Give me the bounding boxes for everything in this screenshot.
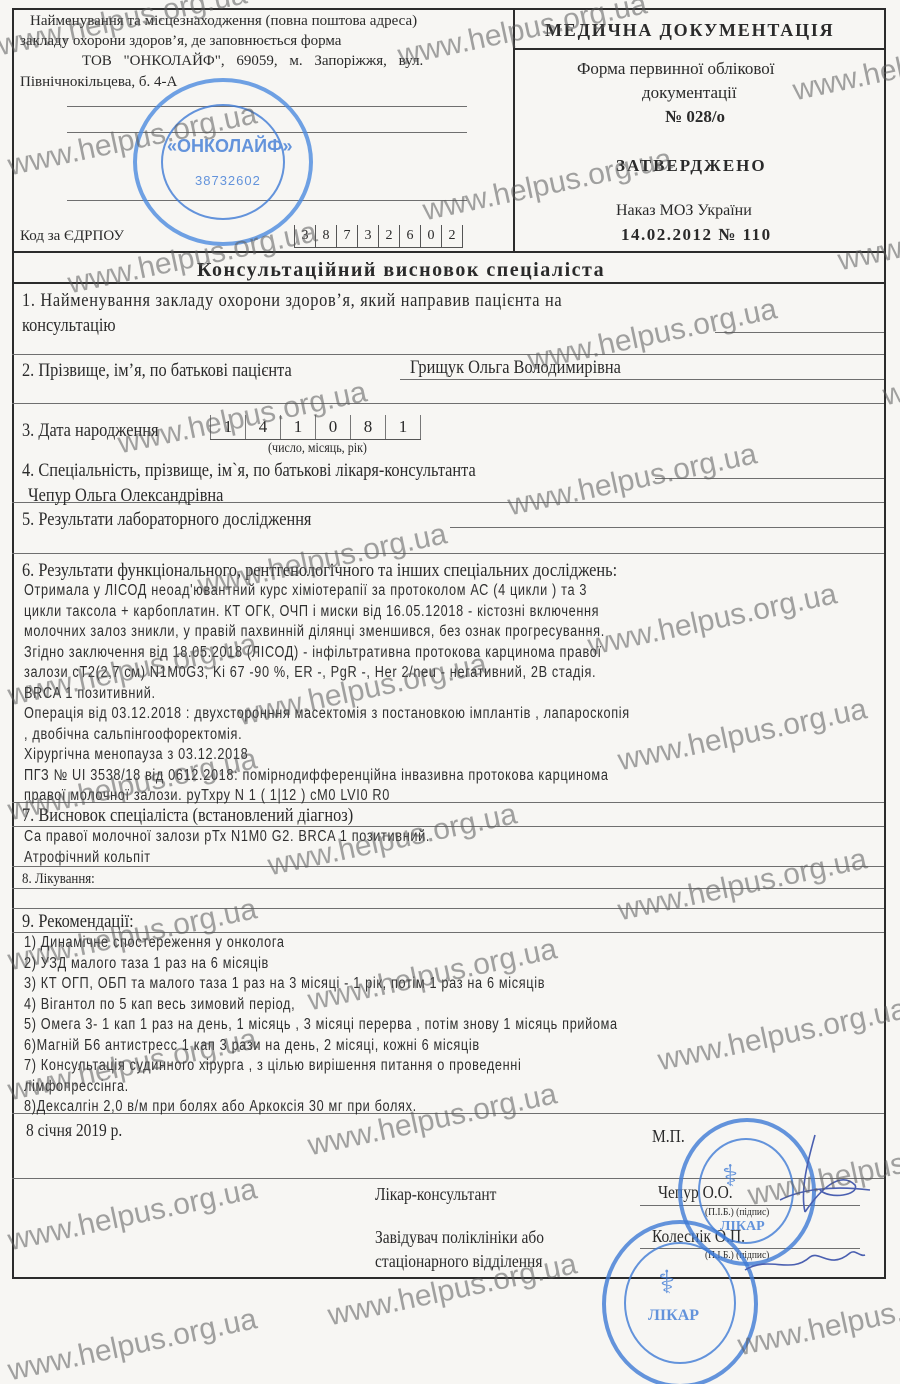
form-line-1: Форма первинної облікової: [577, 60, 775, 77]
document-title: Консультаційний висновок спеціаліста: [197, 260, 605, 280]
watermark-text: www.helpus.org.ua: [305, 1077, 560, 1163]
head-role: Завідувач поліклініки або: [375, 1228, 544, 1246]
org-stamp-name: «ОНКОЛАЙФ»: [167, 137, 293, 155]
caduceus-icon: ⚕: [722, 1162, 738, 1192]
order-line-1: Наказ МОЗ України: [616, 203, 752, 219]
field-4-label: 4. Спеціальність, прізвище, ім`я, по бат…: [22, 461, 476, 480]
form-number: № 028/о: [665, 108, 725, 125]
org-stamp: «ОНКОЛАЙФ» 38732602: [133, 78, 313, 246]
med-doc-title: МЕДИЧНА ДОКУМЕНТАЦІЯ: [545, 21, 835, 39]
form-line-2: документації: [642, 84, 737, 101]
watermark-text: www.helpus.org.ua: [835, 192, 900, 278]
recommendation-item: 1) Динамічне спостереження у онколога: [24, 935, 285, 951]
recommendation-item: 4) Вігантол по 5 кап весь зимовий період…: [24, 997, 295, 1013]
doctor-stamp-center: ЛІКАР: [720, 1220, 765, 1234]
institution-address: Північнокільцева, б. 4-А: [20, 75, 177, 90]
document-date: 8 січня 2019 р.: [26, 1121, 122, 1139]
watermark-text: www.helpus.org.ua: [655, 992, 900, 1078]
watermark-text: www.helpus.org.ua: [5, 1172, 260, 1258]
watermark-text: www.helpus.org.ua: [615, 692, 870, 778]
institution-name: ТОВ "ОНКОЛАЙФ", 69059, м. Запоріжжя, вул…: [82, 54, 423, 69]
patient-name: Грищук Ольга Володимирівна: [410, 358, 621, 377]
head-role-2: стаціонарного відділення: [375, 1252, 542, 1270]
field-6-line: Хірургічна менопауза з 03.12.2018: [24, 747, 248, 763]
field-1-label: 1. Найменування закладу охорони здоров’я…: [22, 291, 562, 310]
field-7-label: 7. Висновок спеціаліста (встановлений ді…: [22, 806, 353, 825]
field-6-line: BRCA 1 позитивний.: [24, 686, 156, 702]
recommendation-item: 8)Дексалгін 2,0 в/м при болях або Аркокс…: [24, 1099, 417, 1115]
recommendation-item: 7) Консультація судинного хірурга , з ці…: [24, 1058, 521, 1074]
field-6-line: , двобічна сальпінгоофоректомія.: [24, 727, 242, 743]
org-stamp-code: 38732602: [195, 174, 261, 187]
caduceus-icon: ⚕: [658, 1266, 675, 1298]
diagnosis-line: Са правої молочної залози рТх N1M0 G2. B…: [24, 829, 430, 845]
field-6-label: 6. Результати функціонального, рентгенол…: [22, 561, 617, 580]
edrpou-code: 3 8 7 3 2 6 0 2: [294, 225, 463, 248]
watermark-text: www.helpus.org.ua: [5, 1302, 260, 1384]
field-8-label: 8. Лікування:: [22, 872, 95, 887]
field-6-line: залози сТ2(2,7 см) N1M0G3, Ki 67 -90 %, …: [24, 665, 596, 681]
field-6-line: цикли таксола + карбоплатин. КТ ОГК, ОЧП…: [24, 604, 599, 620]
doctor-stamp-kolesnik: ⚕ ЛІКАР: [602, 1220, 758, 1384]
approved-label: ЗАТВЕРДЖЕНО: [616, 157, 767, 174]
field-6-line: молочних залоз зникли, у правій пахвинні…: [24, 624, 605, 640]
head-signature-icon: [740, 1235, 870, 1285]
watermark-text: www.helpus.org.ua: [735, 1277, 900, 1363]
field-1-label-2: консультацію: [22, 316, 116, 335]
field-6-line: Згідно заключення від 18.05.2018 (ЛІСОД)…: [24, 645, 602, 661]
field-6-line: правої молочної залози. руТхру N 1 ( 1|1…: [24, 788, 390, 804]
recommendation-item: 3) КТ ОГП, ОБП та малого таза 1 раз на 3…: [24, 976, 545, 992]
institution-label: Найменування та місцезнаходження (повна …: [30, 14, 417, 29]
doctor-stamp-center: ЛІКАР: [648, 1308, 699, 1324]
order-line-2: 14.02.2012 № 110: [621, 226, 772, 243]
field-6-line: ПГЗ № UI 3538/18 від 0612.2018: помірнод…: [24, 768, 609, 784]
field-5-label: 5. Результати лабораторного дослідження: [22, 510, 311, 529]
consultant-name: Чепур Ольга Олександрівна: [28, 486, 223, 505]
field-9-label: 9. Рекомендації:: [22, 912, 134, 931]
consultant-role: Лікар-консультант: [375, 1185, 496, 1203]
birth-date-hint: (число, місяць, рік): [268, 442, 367, 456]
watermark-text: www.helpus.org.ua: [615, 842, 870, 928]
watermark-text: www.helpus.org.ua: [505, 437, 760, 523]
diagnosis-line: Атрофічний кольпіт: [24, 850, 151, 866]
institution-label-2: закладу охорони здоров’я, де заповнюєтьс…: [20, 34, 341, 49]
field-3-label: 3. Дата народження: [22, 421, 159, 440]
edrpou-label: Код за ЄДРПОУ: [20, 229, 124, 244]
recommendation-item: 2) УЗД малого таза 1 раз на 6 місяців: [24, 956, 269, 972]
birth-date: 1 4 1 0 8 1: [210, 415, 421, 440]
seal-label: М.П.: [652, 1127, 685, 1145]
watermark-text: www.helpus.org.ua: [585, 577, 840, 663]
watermark-text: www.helpus.org.ua: [880, 327, 900, 413]
consultant-signature-icon: [760, 1130, 880, 1220]
field-6-line: Отримала у ЛІСОД неоад'ювантний курс хім…: [24, 583, 587, 599]
recommendation-item: 5) Омега 3- 1 кап 1 раз на день, 1 місяц…: [24, 1017, 618, 1033]
recommendation-item: 6)Магній Б6 антистресс 1 кап 3 рази на д…: [24, 1038, 480, 1054]
field-2-label: 2. Прізвище, ім’я, по батькові пацієнта: [22, 361, 292, 380]
field-6-line: Операція від 03.12.2018 : двухсторонння …: [24, 706, 630, 722]
recommendation-item: лімфопрессінга.: [24, 1079, 129, 1095]
